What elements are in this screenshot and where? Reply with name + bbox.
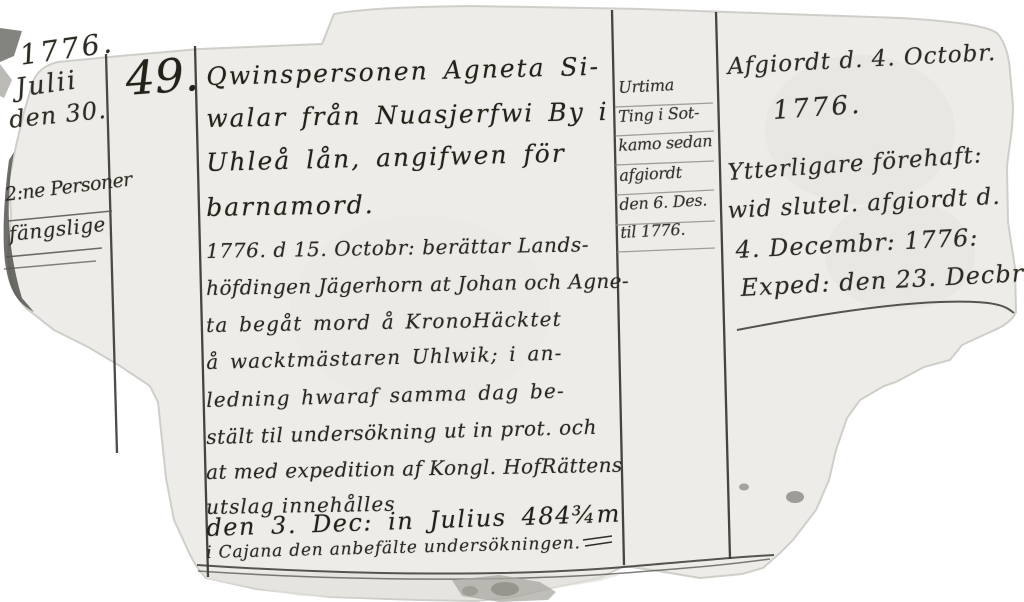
middle-note-line: til 1776. <box>620 222 686 241</box>
main-entry-line: barnamord. <box>206 192 375 220</box>
right-note-line: 1776. <box>772 92 863 124</box>
middle-note-line: Ting i Sot- <box>618 105 699 125</box>
middle-note-line: den 6. Des. <box>619 192 707 213</box>
paper-tone-blob <box>765 55 955 205</box>
main-entry-line: 1776. d 15. Octobr: berättar Lands- <box>206 234 589 261</box>
ink-smudge <box>739 484 749 491</box>
main-entry-line: ta begåt mord å KronoHäcktet <box>206 309 562 335</box>
main-entry-line: walar från Nuasjerfwi By i <box>206 99 609 131</box>
corner-shadow-fragment <box>0 64 12 98</box>
middle-note-line: afgiordt <box>619 165 682 184</box>
ink-smudge <box>786 491 804 503</box>
case-number: 49. <box>124 51 200 102</box>
bottom-smudge <box>462 586 478 596</box>
document-scan: 1776. Julii den 30. 2:ne Personer fängsl… <box>0 0 1024 602</box>
middle-note-line: Urtima <box>618 77 674 96</box>
bottom-smudge <box>491 582 519 596</box>
